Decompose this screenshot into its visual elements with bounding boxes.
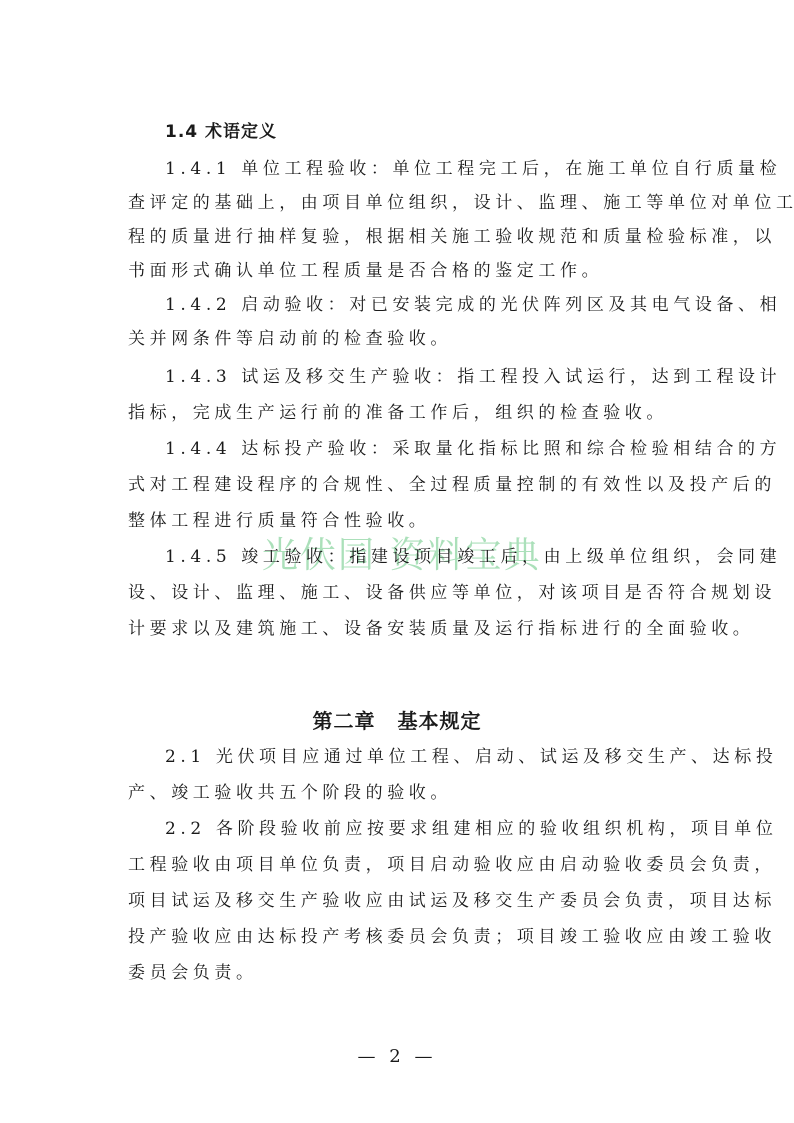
paragraph-1-4-1-line-3: 程的质量进行抽样复验，根据相关施工验收规范和质量检验标准，以 [128,226,668,248]
chapter-name: 基本规定 [398,709,482,733]
paragraph-1-4-5-line-2: 设、设计、监理、施工、设备供应等单位，对该项目是否符合规划设 [128,582,668,604]
paragraph-2-1-line-2: 产、竣工验收共五个阶段的验收。 [128,782,668,804]
paragraph-1-4-2-line-2: 关并网条件等启动前的检查验收。 [128,328,668,350]
paragraph-2-2-line-3: 项目试运及移交生产验收应由试运及移交生产委员会负责，项目达标 [128,890,668,912]
paragraph-2-2-line-2: 工程验收由项目单位负责，项目启动验收应由启动验收委员会负责， [128,854,668,876]
paragraph-2-1-line-1: 2.1 光伏项目应通过单位工程、启动、试运及移交生产、达标投 [165,746,668,768]
paragraph-1-4-2-line-1: 1.4.2 启动验收：对已安装完成的光伏阵列区及其电气设备、相 [165,294,668,316]
page-number: — 2 — [0,1046,794,1068]
paragraph-1-4-5-line-3: 计要求以及建筑施工、设备安装质量及运行指标进行的全面验收。 [128,618,668,640]
paragraph-1-4-4-line-1: 1.4.4 达标投产验收：采取量化指标比照和综合检验相结合的方 [165,438,668,460]
paragraph-1-4-1-line-1: 1.4.1 单位工程验收：单位工程完工后，在施工单位自行质量检 [165,158,668,180]
paragraph-2-2-line-5: 委员会负责。 [128,962,668,984]
paragraph-1-4-4-line-3: 整体工程进行质量符合性验收。 [128,510,668,532]
paragraph-1-4-1-line-2: 查评定的基础上，由项目单位组织，设计、监理、施工等单位对单位工 [128,192,668,214]
paragraph-1-4-1-line-4: 书面形式确认单位工程质量是否合格的鉴定工作。 [128,260,668,282]
paragraph-1-4-5-line-1: 1.4.5 竣工验收：指建设项目竣工后，由上级单位组织，会同建 [165,546,668,568]
chapter-title: 第二章基本规定 [0,708,794,734]
paragraph-2-2-line-4: 投产验收应由达标投产考核委员会负责；项目竣工验收应由竣工验收 [128,926,668,948]
paragraph-1-4-3-line-2: 指标，完成生产运行前的准备工作后，组织的检查验收。 [128,402,668,424]
paragraph-2-2-line-1: 2.2 各阶段验收前应按要求组建相应的验收组织机构，项目单位 [165,818,668,840]
paragraph-1-4-3-line-1: 1.4.3 试运及移交生产验收：指工程投入试运行，达到工程设计 [165,366,668,388]
chapter-number: 第二章 [313,709,376,733]
section-heading: 1.4 术语定义 [165,121,277,143]
document-page: 1.4 术语定义 1.4.1 单位工程验收：单位工程完工后，在施工单位自行质量检… [0,0,794,1123]
paragraph-1-4-4-line-2: 式对工程建设程序的合规性、全过程质量控制的有效性以及投产后的 [128,474,668,496]
